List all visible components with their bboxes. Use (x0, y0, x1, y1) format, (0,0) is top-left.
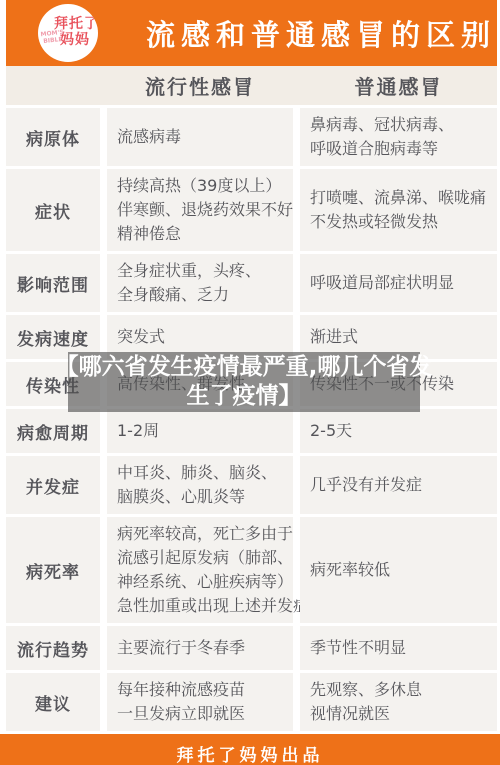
footer-credit: 拜托了妈妈出品 (177, 741, 324, 765)
flu-cell: 全身症状重，头疼、全身酸痛、乏力 (107, 254, 293, 312)
row-label: 症状 (6, 169, 100, 251)
cold-cell: 病死率较低 (300, 517, 497, 623)
column-header-flu: 流行性感冒 (107, 71, 293, 100)
cell-line: 呼吸道合胞病毒等 (310, 137, 495, 161)
table-row: 建议 每年接种流感疫苗一旦发病立即就医 先观察、多休息视情况就医 (6, 673, 497, 731)
cell-line: 伴寒颤、退烧药效果不好 (117, 198, 291, 222)
flu-cell: 流感病毒 (107, 108, 293, 166)
logo-english-text: MOM'SBIBLE (40, 30, 64, 46)
row-label: 建议 (6, 673, 100, 731)
cell-line: 中耳炎、肺炎、脑炎、 (117, 461, 291, 485)
cell-line: 持续高热（39度以上） (117, 174, 291, 198)
row-label: 病死率 (6, 517, 100, 623)
moms-bible-logo: 拜托了妈妈 MOM'SBIBLE (38, 4, 98, 62)
cell-line: 视情况就医 (310, 702, 495, 726)
cell-line: 流感病毒 (117, 125, 291, 149)
footer-banner: 拜托了妈妈出品 (0, 734, 500, 765)
cell-line: 2-5天 (310, 419, 495, 443)
cell-line: 主要流行于冬春季 (117, 636, 291, 660)
flu-cell: 持续高热（39度以上）伴寒颤、退烧药效果不好精神倦怠 (107, 169, 293, 251)
cell-line: 几乎没有并发症 (310, 473, 495, 497)
row-label: 病原体 (6, 108, 100, 166)
cell-line: 全身症状重，头疼、 (117, 259, 291, 283)
cell-line: 流感引起原发病（肺部、 (117, 546, 291, 570)
cell-line: 病死率较高，死亡多由于 (117, 522, 291, 546)
flu-cell: 主要流行于冬春季 (107, 626, 293, 670)
table-row: 症状 持续高热（39度以上）伴寒颤、退烧药效果不好精神倦怠 打喷嚏、流鼻涕、喉咙… (6, 169, 497, 251)
watermark-line: 【哪六省发生疫情最严重,哪几个省发 (56, 353, 433, 382)
watermark-line: 生了疫情】 (187, 382, 302, 411)
header-banner: 拜托了妈妈 MOM'SBIBLE 流感和普通感冒的区别 (6, 0, 497, 66)
logo-line2: 妈妈 (60, 32, 98, 48)
cell-line: 神经系统、心脏疾病等） (117, 570, 291, 594)
page-title: 流感和普通感冒的区别 (146, 13, 496, 54)
cell-line: 病死率较低 (310, 558, 495, 582)
cell-line: 先观察、多休息 (310, 678, 495, 702)
flu-cell: 每年接种流感疫苗一旦发病立即就医 (107, 673, 293, 731)
flu-cell: 中耳炎、肺炎、脑炎、脑膜炎、心肌炎等 (107, 456, 293, 514)
cell-line: 一旦发病立即就医 (117, 702, 291, 726)
cold-cell: 打喷嚏、流鼻涕、喉咙痛不发热或轻微发热 (300, 169, 497, 251)
cell-line: 全身酸痛、乏力 (117, 283, 291, 307)
cold-cell: 几乎没有并发症 (300, 456, 497, 514)
cold-cell: 季节性不明显 (300, 626, 497, 670)
column-header-cold: 普通感冒 (300, 71, 497, 100)
flu-cell: 1-2周 (107, 409, 293, 453)
flu-cell: 病死率较高，死亡多由于流感引起原发病（肺部、神经系统、心脏疾病等）急性加重或出现… (107, 517, 293, 623)
cell-line: 突发式 (117, 325, 291, 349)
cell-line: 季节性不明显 (310, 636, 495, 660)
cell-line: 脑膜炎、心肌炎等 (117, 485, 291, 509)
watermark-overlay: 【哪六省发生疫情最严重,哪几个省发 生了疫情】 (68, 352, 420, 412)
cold-cell: 2-5天 (300, 409, 497, 453)
table-row: 流行趋势 主要流行于冬春季 季节性不明显 (6, 626, 497, 670)
table-row: 病死率 病死率较高，死亡多由于流感引起原发病（肺部、神经系统、心脏疾病等）急性加… (6, 517, 497, 623)
cell-line: 急性加重或出现上述并发症 (117, 594, 291, 618)
column-header-row: 流行性感冒 普通感冒 (6, 66, 497, 105)
cell-line: 精神倦怠 (117, 222, 291, 246)
cold-cell: 呼吸道局部症状明显 (300, 254, 497, 312)
cell-line: 呼吸道局部症状明显 (310, 271, 495, 295)
table-row: 并发症 中耳炎、肺炎、脑炎、脑膜炎、心肌炎等 几乎没有并发症 (6, 456, 497, 514)
table-row: 病愈周期 1-2周 2-5天 (6, 409, 497, 453)
cell-line: 打喷嚏、流鼻涕、喉咙痛 (310, 186, 495, 210)
comparison-table-body: 病原体 流感病毒 鼻病毒、冠状病毒、呼吸道合胞病毒等 症状 持续高热（39度以上… (6, 108, 497, 731)
cold-cell: 先观察、多休息视情况就医 (300, 673, 497, 731)
cell-line: 1-2周 (117, 419, 291, 443)
cell-line: 渐进式 (310, 325, 495, 349)
cell-line: 鼻病毒、冠状病毒、 (310, 113, 495, 137)
row-label: 病愈周期 (6, 409, 100, 453)
cell-line: 每年接种流感疫苗 (117, 678, 291, 702)
cold-cell: 鼻病毒、冠状病毒、呼吸道合胞病毒等 (300, 108, 497, 166)
row-label: 流行趋势 (6, 626, 100, 670)
table-row: 影响范围 全身症状重，头疼、全身酸痛、乏力 呼吸道局部症状明显 (6, 254, 497, 312)
cell-line: 不发热或轻微发热 (310, 210, 495, 234)
row-label: 并发症 (6, 456, 100, 514)
row-label: 影响范围 (6, 254, 100, 312)
table-row: 病原体 流感病毒 鼻病毒、冠状病毒、呼吸道合胞病毒等 (6, 108, 497, 166)
